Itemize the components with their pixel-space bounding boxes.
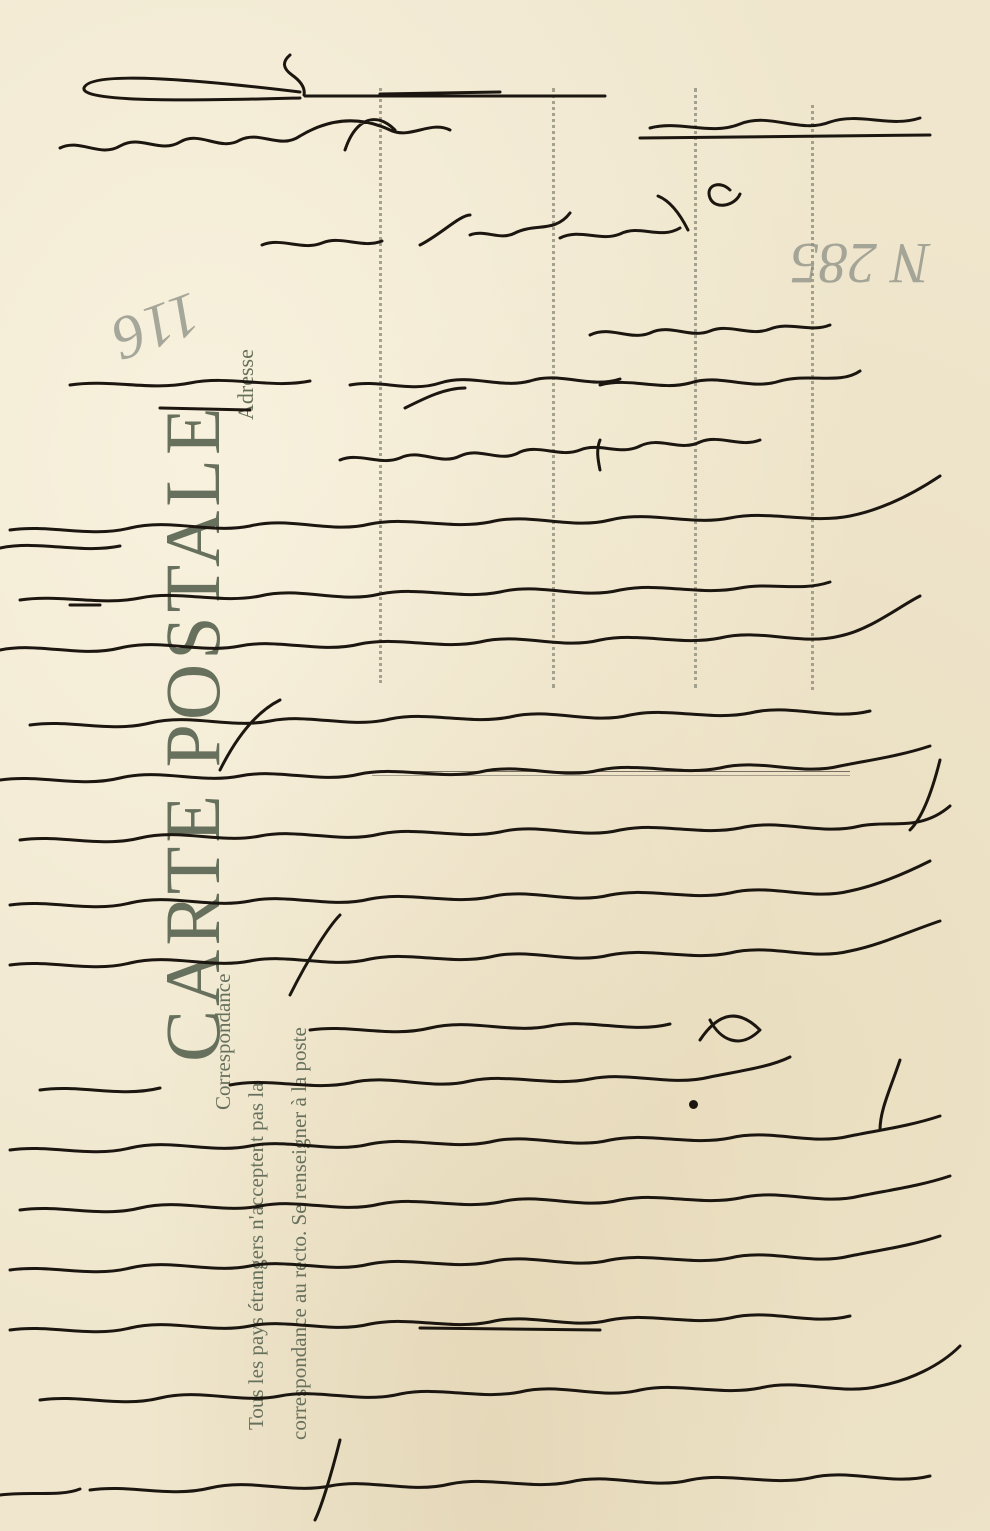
handwriting-layer [0, 0, 990, 1531]
postcard: CARTE POSTALE Adresse Correspondance Tou… [0, 0, 990, 1531]
